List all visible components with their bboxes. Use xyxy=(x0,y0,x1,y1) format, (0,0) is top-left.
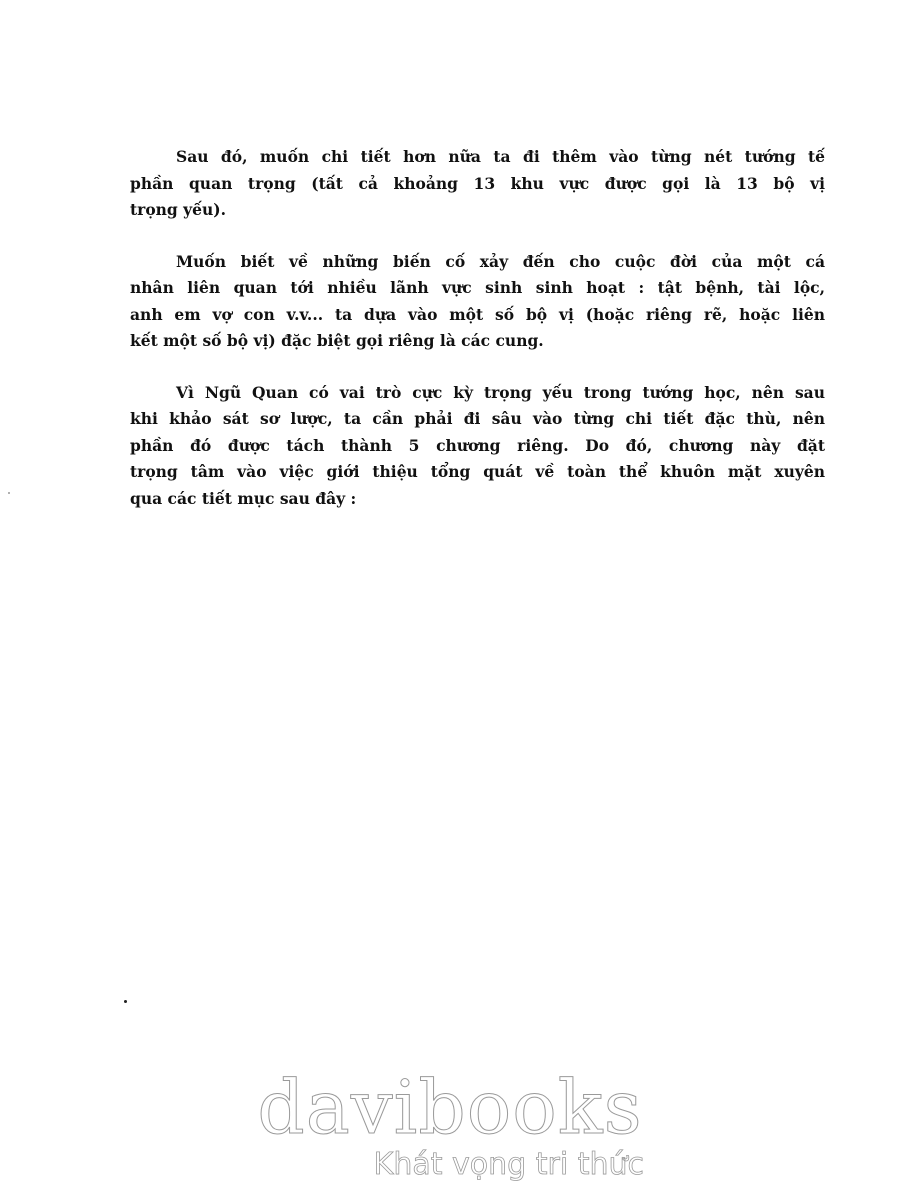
text-line: nhân liên quan tới nhiều lãnh vực sinh s… xyxy=(130,275,825,302)
text-line: trọng yếu). xyxy=(130,197,825,224)
text-line: phần quan trọng (tất cả khoảng 13 khu vự… xyxy=(130,171,825,198)
watermark-slogan: Khát vọng tri thức xyxy=(250,1148,644,1182)
text-line: Muốn biết về những biến cố xảy đến cho c… xyxy=(130,249,825,276)
text-line: anh em vợ con v.v... ta dựa vào một số b… xyxy=(130,302,825,329)
paragraph-1: Sau đó, muốn chi tiết hơn nữa ta đi thêm… xyxy=(130,144,825,224)
watermark-brand: davibooks xyxy=(250,1068,650,1148)
text-line: Sau đó, muốn chi tiết hơn nữa ta đi thêm… xyxy=(130,144,825,171)
text-line: trọng tâm vào việc giới thiệu tổng quát … xyxy=(130,459,825,486)
text-line: Vì Ngũ Quan có vai trò cực kỳ trọng yếu … xyxy=(130,380,825,407)
text-line: phần đó được tách thành 5 chương riêng. … xyxy=(130,433,825,460)
scan-speck xyxy=(8,492,10,494)
paragraph-3: Vì Ngũ Quan có vai trò cực kỳ trọng yếu … xyxy=(130,380,825,513)
document-body: Sau đó, muốn chi tiết hơn nữa ta đi thêm… xyxy=(130,144,825,537)
watermark: davibooks Khát vọng tri thức xyxy=(250,1068,650,1182)
text-line: kết một số bộ vị) đặc biệt gọi riêng là … xyxy=(130,328,825,355)
text-line: khi khảo sát sơ lược, ta cần phải đi sâu… xyxy=(130,406,825,433)
paragraph-2: Muốn biết về những biến cố xảy đến cho c… xyxy=(130,249,825,355)
text-line: qua các tiết mục sau đây : xyxy=(130,486,825,513)
scan-speck xyxy=(124,1000,127,1003)
